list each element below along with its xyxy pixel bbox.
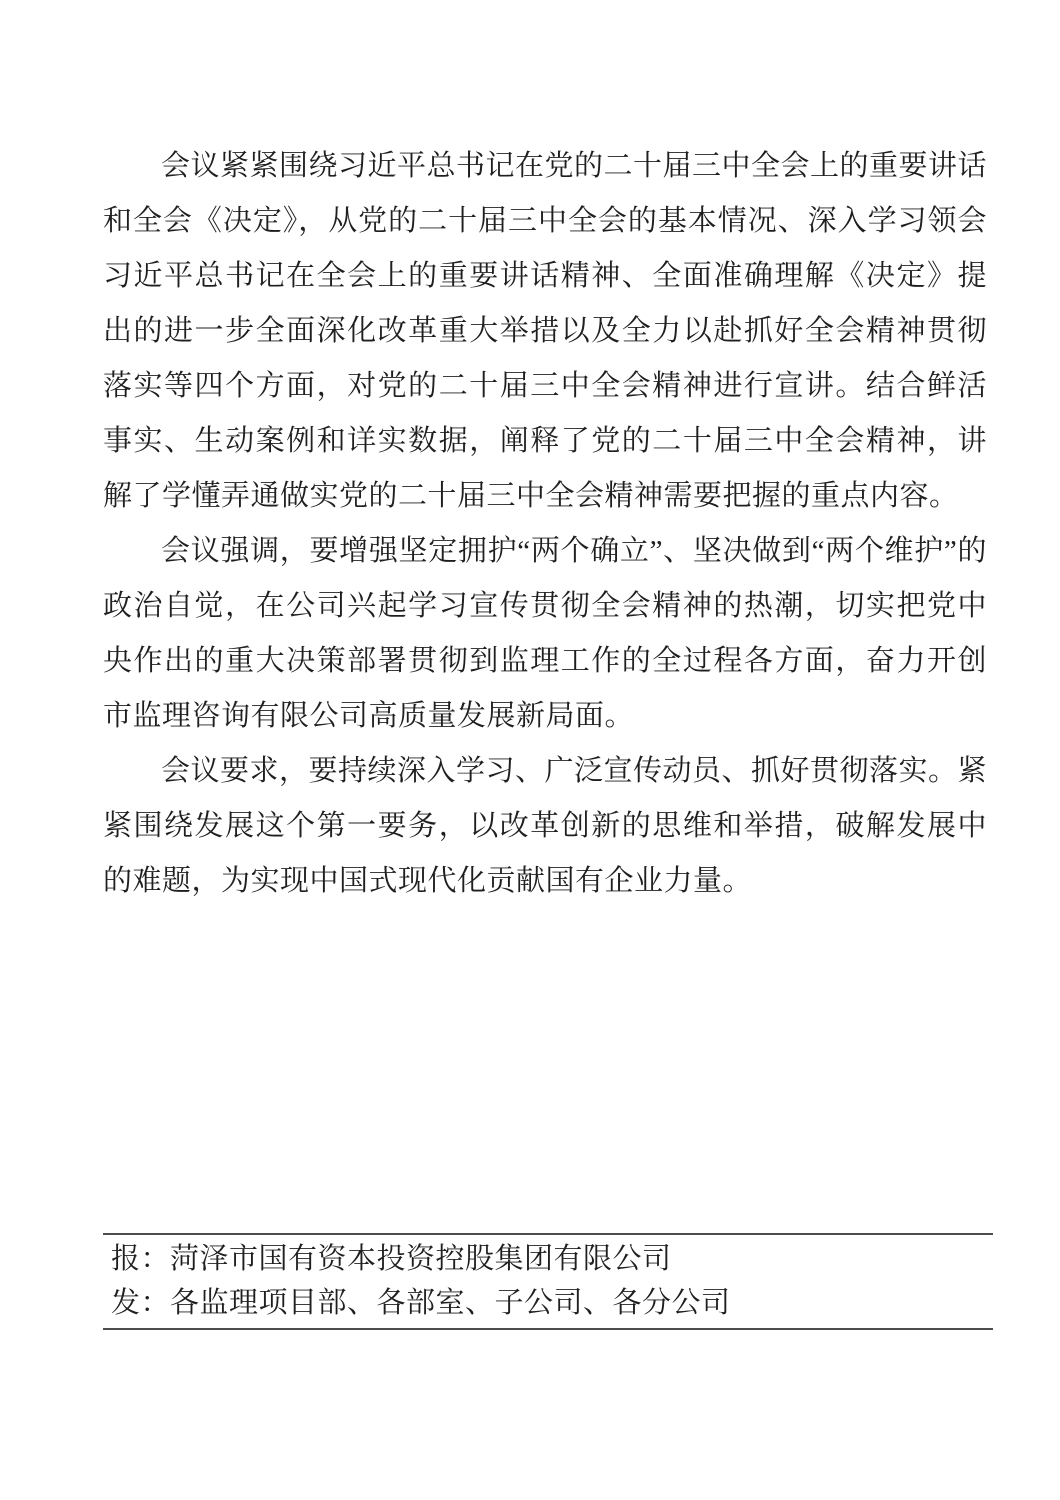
- report-to-label: 报：: [111, 1243, 170, 1275]
- issued-to-row: 发：各监理项目部、各部室、子公司、各分公司: [103, 1281, 993, 1325]
- document-body: 会议紧紧围绕习近平总书记在党的二十届三中全会上的重要讲话和全会《决定》，从党的二…: [103, 139, 987, 909]
- document-page: 会议紧紧围绕习近平总书记在党的二十届三中全会上的重要讲话和全会《决定》，从党的二…: [0, 0, 1060, 1500]
- issued-to-value: 各监理项目部、各部室、子公司、各分公司: [170, 1287, 731, 1319]
- distribution-footer: 报：菏泽市国有资本投资控股集团有限公司 发：各监理项目部、各部室、子公司、各分公…: [103, 1233, 993, 1330]
- report-to-value: 菏泽市国有资本投资控股集团有限公司: [170, 1243, 672, 1275]
- paragraph-2: 会议强调，要增强坚定拥护“两个确立”、坚决做到“两个维护”的政治自觉，在公司兴起…: [103, 524, 987, 744]
- paragraph-3: 会议要求，要持续深入学习、广泛宣传动员、抓好贯彻落实。紧紧围绕发展这个第一要务，…: [103, 744, 987, 909]
- paragraph-1: 会议紧紧围绕习近平总书记在党的二十届三中全会上的重要讲话和全会《决定》，从党的二…: [103, 139, 987, 524]
- report-to-row: 报：菏泽市国有资本投资控股集团有限公司: [103, 1237, 993, 1281]
- issued-to-label: 发：: [111, 1287, 170, 1319]
